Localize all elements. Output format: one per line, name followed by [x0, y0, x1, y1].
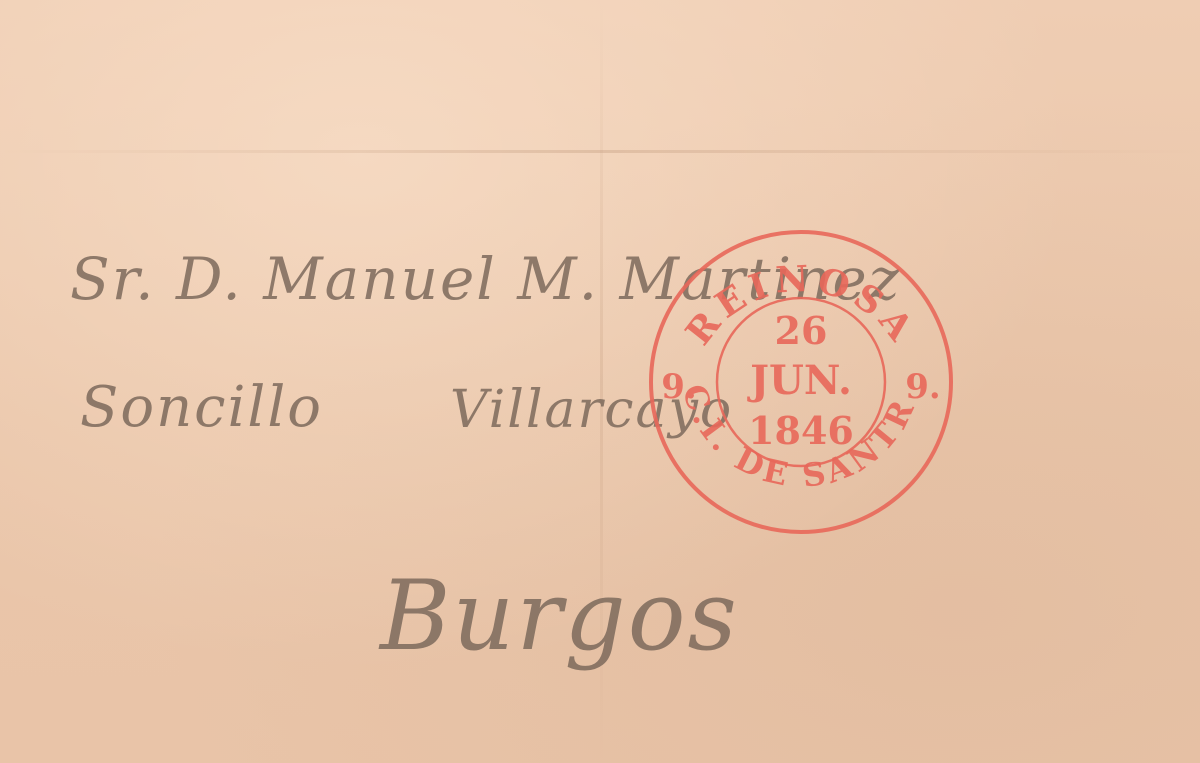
postmark-year: 1846 — [748, 408, 854, 453]
postmark-icon: REINOSA C.I. DE SANTR. 26 JUN. 1846 9. 9… — [645, 222, 957, 542]
address-line-town: Soncillo — [80, 375, 323, 440]
postmark-month: JUN. — [747, 357, 852, 404]
postmark-day: 26 — [775, 308, 828, 353]
postmark-stamp: REINOSA C.I. DE SANTR. 26 JUN. 1846 9. 9… — [645, 222, 957, 542]
postmark-right-number: 9. — [905, 367, 941, 407]
address-line-province: Burgos — [380, 560, 739, 672]
postmark-left-number: 9. — [661, 367, 697, 407]
letter-cover: Sr. D. Manuel M. Martinez Soncillo Villa… — [0, 0, 1200, 763]
